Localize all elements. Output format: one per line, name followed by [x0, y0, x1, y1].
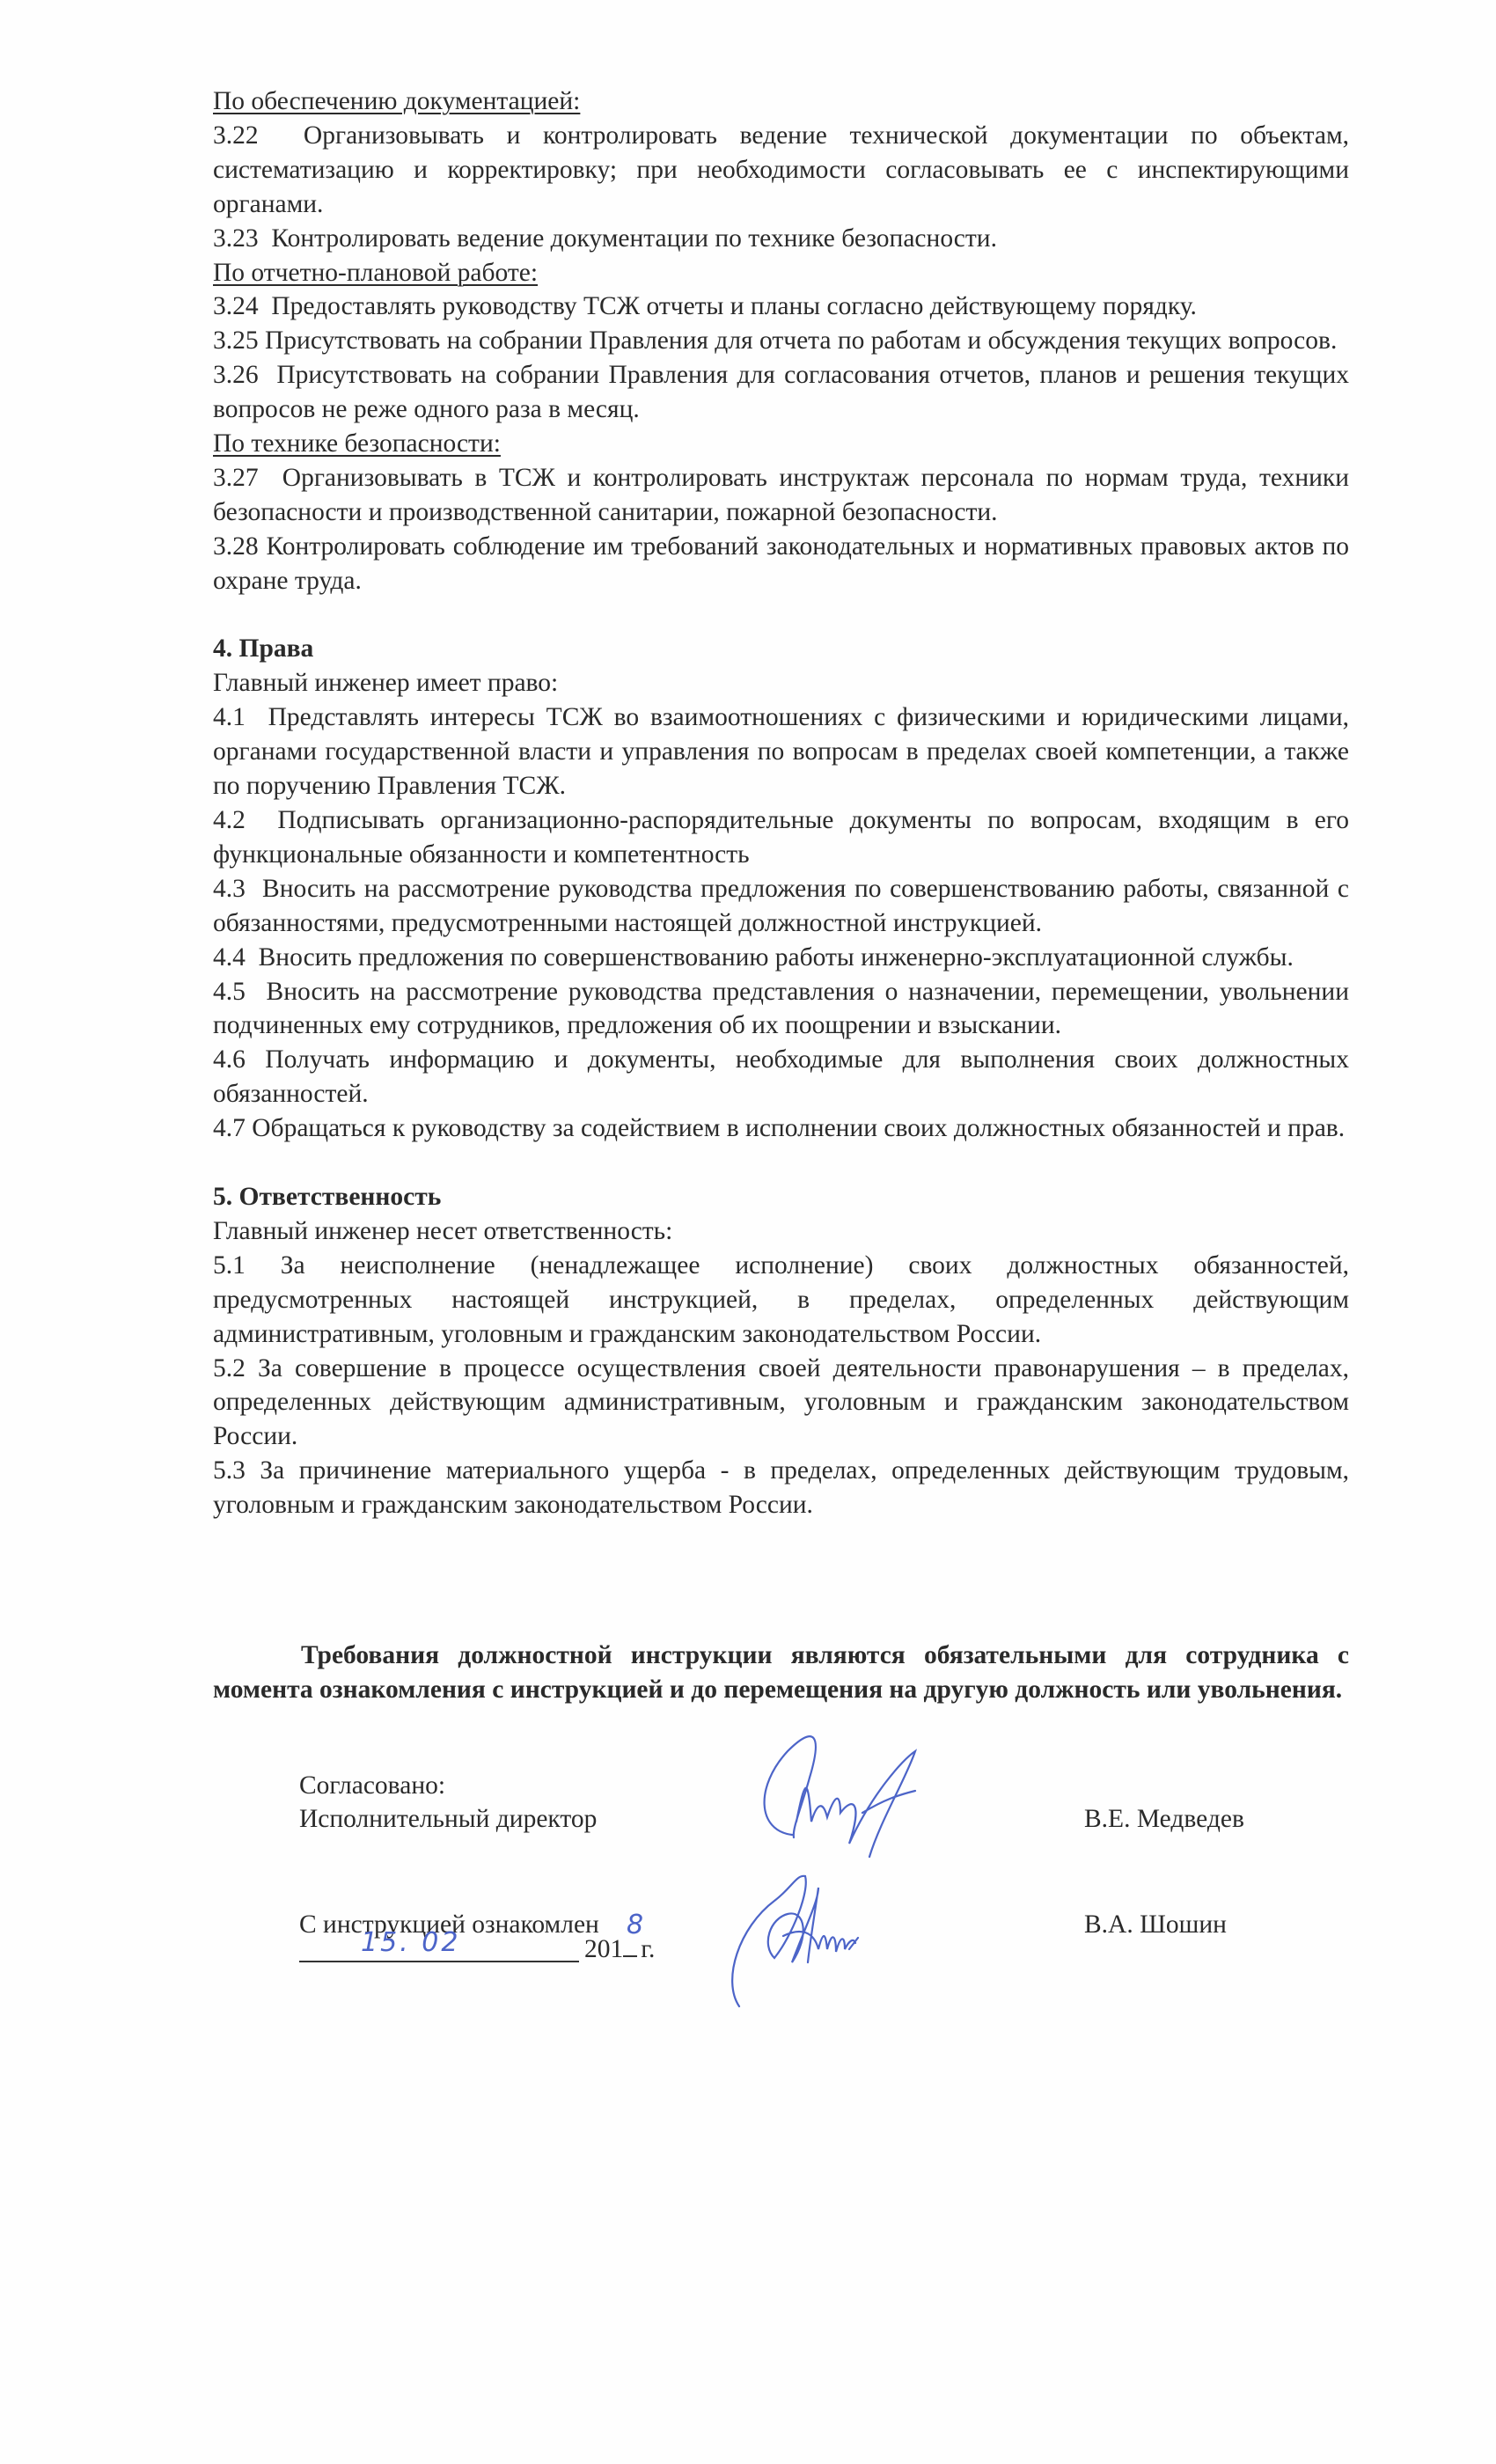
item-text: Вносить предложения по совершенствованию… [259, 943, 1294, 972]
item-text: За совершение в процессе осуществления с… [213, 1354, 1349, 1451]
handwritten-year-digit: 8 [627, 1910, 643, 1940]
item-number: 3.28 [213, 532, 259, 561]
approval-label: Согласовано: [299, 1769, 597, 1802]
section-title-rights: 4. Права [213, 632, 1349, 666]
item-text: Организовывать и контролировать ведение … [213, 121, 1349, 218]
approval-position: Исполнительный директор [299, 1802, 597, 1836]
item-number: 4.6 [213, 1045, 246, 1074]
item-5-3: 5.3 За причинение материального ущерба -… [213, 1454, 1349, 1522]
item-3-26: 3.26 Присутствовать на собрании Правлени… [213, 358, 1349, 427]
section-intro-rights: Главный инженер имеет право: [213, 666, 1349, 700]
section-intro-responsibility: Главный инженер несет ответственность: [213, 1214, 1349, 1249]
subsection-heading-reporting: По отчетно-плановой работе: [213, 256, 538, 290]
approval-name: В.Е. Медведев [1084, 1802, 1244, 1836]
item-4-7: 4.7 Обращаться к руководству за содейств… [213, 1111, 1349, 1146]
date-underline [299, 1961, 579, 1962]
item-text: Предоставлять руководству ТСЖ отчеты и п… [271, 292, 1197, 320]
item-3-27: 3.27 Организовывать в ТСЖ и контролирова… [213, 461, 1349, 530]
item-number: 3.27 [213, 464, 259, 492]
item-3-24: 3.24 Предоставлять руководству ТСЖ отчет… [213, 290, 1349, 324]
item-text: Обращаться к руководству за содействием … [252, 1114, 1345, 1142]
item-text: Вносить на рассмотрение руководства пред… [213, 978, 1349, 1040]
item-number: 3.25 [213, 326, 259, 355]
item-number: 3.22 [213, 121, 259, 150]
item-number: 5.2 [213, 1354, 246, 1382]
item-text: Организовывать в ТСЖ и контролировать ин… [213, 464, 1349, 526]
item-3-22: 3.22 Организовывать и контролировать вед… [213, 119, 1349, 222]
subsection-heading-documentation: По обеспечению документацией: [213, 84, 580, 119]
item-4-5: 4.5 Вносить на рассмотрение руководства … [213, 975, 1349, 1044]
document-body: По обеспечению документацией: 3.22 Орган… [213, 84, 1349, 1522]
signature-director-icon [739, 1725, 968, 1866]
year-prefix: 201 [584, 1935, 623, 1963]
item-text: Контролировать ведение документации по т… [271, 224, 997, 253]
item-number: 4.4 [213, 943, 246, 972]
signature-employee-icon [722, 1866, 915, 2015]
item-number: 4.3 [213, 875, 246, 903]
item-number: 4.7 [213, 1114, 246, 1142]
item-3-28: 3.28 Контролировать соблюдение им требов… [213, 530, 1349, 598]
item-number: 3.26 [213, 361, 259, 389]
subsection-heading-safety: По технике безопасности: [213, 427, 501, 461]
spacer [213, 598, 1349, 633]
item-number: 5.1 [213, 1251, 246, 1280]
item-number: 4.1 [213, 703, 246, 731]
binding-notice: Требования должностной инструкции являют… [213, 1639, 1349, 1707]
item-4-1: 4.1 Представлять интересы ТСЖ во взаимоо… [213, 700, 1349, 803]
item-4-3: 4.3 Вносить на рассмотрение руководства … [213, 872, 1349, 941]
item-text: Подписывать организационно-распорядитель… [213, 806, 1349, 869]
item-5-1: 5.1 За неисполнение (ненадлежащее исполн… [213, 1249, 1349, 1352]
item-number: 4.2 [213, 806, 246, 834]
item-text: Получать информацию и документы, необход… [213, 1045, 1349, 1108]
item-number: 3.24 [213, 292, 259, 320]
item-3-25: 3.25 Присутствовать на собрании Правлени… [213, 324, 1349, 358]
item-text: За неисполнение (ненадлежащее исполнение… [213, 1251, 1349, 1348]
acknowledgement-name: В.А. Шошин [1084, 1908, 1227, 1941]
item-4-2: 4.2 Подписывать организационно-распоряди… [213, 803, 1349, 872]
item-text: Вносить на рассмотрение руководства пред… [213, 875, 1349, 937]
item-4-4: 4.4 Вносить предложения по совершенствов… [213, 941, 1349, 975]
item-4-6: 4.6 Получать информацию и документы, нео… [213, 1043, 1349, 1111]
year-field: 201г. [584, 1932, 655, 1966]
item-text: Присутствовать на собрании Правления для… [265, 326, 1337, 355]
approval-block: Согласовано: Исполнительный директор [299, 1769, 597, 1836]
item-text: За причинение материального ущерба - в п… [213, 1456, 1349, 1519]
item-text: Присутствовать на собрании Правления для… [213, 361, 1349, 423]
item-text: Представлять интересы ТСЖ во взаимоотнош… [213, 703, 1349, 800]
item-text: Контролировать соблюдение им требований … [213, 532, 1349, 595]
item-number: 3.23 [213, 224, 259, 253]
item-3-23: 3.23 Контролировать ведение документации… [213, 222, 1349, 256]
spacer [213, 1146, 1349, 1180]
item-5-2: 5.2 За совершение в процессе осуществлен… [213, 1352, 1349, 1455]
handwritten-date: 15. 02 [361, 1927, 460, 1958]
item-number: 5.3 [213, 1456, 246, 1485]
item-number: 4.5 [213, 978, 246, 1006]
section-title-responsibility: 5. Ответственность [213, 1180, 1349, 1214]
